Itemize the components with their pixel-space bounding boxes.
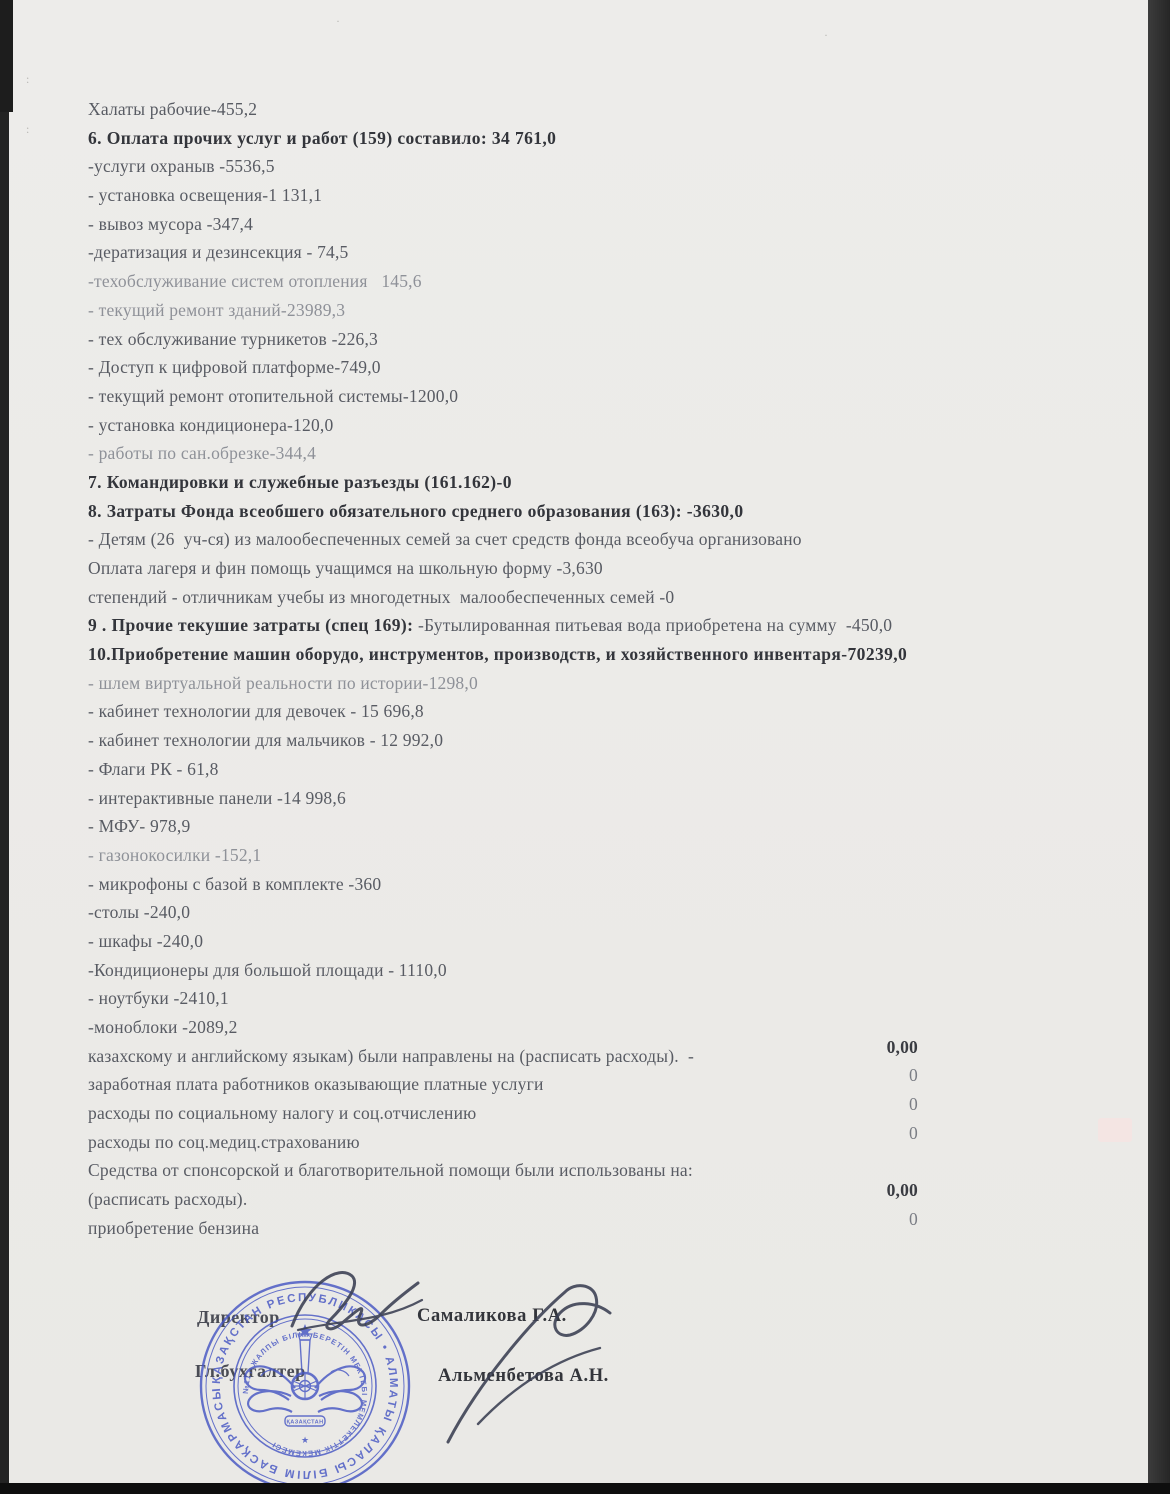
document-line: заработная плата работников оказывающие … — [88, 1074, 918, 1103]
handwritten-signatures — [180, 1262, 650, 1472]
document-line: - Флаги РК - 61,8 — [88, 759, 918, 788]
document-line: - вывоз мусора -347,4 — [88, 214, 918, 243]
line-value: 0 — [909, 1209, 918, 1230]
document-line: 9 . Прочие текушие затраты (спец 169): -… — [88, 615, 918, 644]
document-line: -моноблоки -2089,2 — [88, 1017, 918, 1046]
document-line: - микрофоны с базой в комплекте -360 — [88, 874, 918, 903]
document-line: -столы -240,0 — [88, 902, 918, 931]
document-line: 8. Затраты Фонда всеобшего обязательного… — [88, 501, 918, 530]
scan-edge-left — [0, 0, 9, 1494]
document-line: - Детям (26 уч-ся) из малообеспеченных с… — [88, 529, 918, 558]
document-text-block: Халаты рабочие-455,26. Оплата прочих усл… — [88, 99, 918, 1247]
scan-speck-pink — [1098, 1118, 1132, 1142]
document-line: - установка освещения-1 131,1 — [88, 185, 918, 214]
scan-speck: : — [26, 122, 29, 137]
document-line: - интерактивные панели -14 998,6 — [88, 788, 918, 817]
line-bold-text: 10.Приобретение машин оборудо, инструмен… — [88, 644, 907, 664]
line-value: 0 — [909, 1123, 918, 1144]
document-line: - текущий ремонт отопительной системы-12… — [88, 386, 918, 415]
scan-speck: · — [336, 14, 340, 29]
scan-speck: · — [824, 28, 828, 43]
document-line: 10.Приобретение машин оборудо, инструмен… — [88, 644, 918, 673]
document-line: - шлем виртуальной реальности по истории… — [88, 673, 918, 702]
line-value: 0,00 — [887, 1180, 918, 1201]
accountant-signature-flourish-icon — [478, 1348, 600, 1424]
document-line: -техобслуживание систем отопления 145,6 — [88, 271, 918, 300]
document-line: 6. Оплата прочих услуг и работ (159) сос… — [88, 128, 918, 157]
document-line: расходы по соц.медиц.страхованию0 — [88, 1132, 918, 1161]
document-line: казахскому и английскому языкам) были на… — [88, 1046, 918, 1075]
document-line: Средства от спонсорской и благотворитель… — [88, 1160, 918, 1189]
document-line: - установка кондиционера-120,0 — [88, 415, 918, 444]
document-line: (расписать расходы).0,00 — [88, 1189, 918, 1218]
line-value: 0 — [909, 1065, 918, 1086]
scan-edge-left-notch — [0, 0, 13, 112]
document-line: 7. Командировки и служебные разъезды (16… — [88, 472, 918, 501]
document-line: - работы по сан.обрезке-344,4 — [88, 443, 918, 472]
scan-speck: : — [26, 72, 29, 87]
document-line: -услуги охраныв -5536,5 — [88, 156, 918, 185]
line-value: 0 — [909, 1094, 918, 1115]
document-line: - МФУ- 978,9 — [88, 816, 918, 845]
document-line: - кабинет технологии для девочек - 15 69… — [88, 701, 918, 730]
document-line: приобретение бензина0 — [88, 1218, 918, 1247]
document-line: - Доступ к цифровой платформе-749,0 — [88, 357, 918, 386]
document-line: - газонокосилки -152,1 — [88, 845, 918, 874]
document-line: - ноутбуки -2410,1 — [88, 988, 918, 1017]
line-value: 0,00 — [887, 1037, 918, 1058]
document-line: -дератизация и дезинсекция - 74,5 — [88, 242, 918, 271]
line-bold-text: 6. Оплата прочих услуг и работ (159) сос… — [88, 128, 556, 148]
document-line: Халаты рабочие-455,2 — [88, 99, 918, 128]
scan-edge-right — [1148, 0, 1170, 1494]
document-line: - тех обслуживание турникетов -226,3 — [88, 329, 918, 358]
line-bold-text: 9 . Прочие текушие затраты (спец 169): — [88, 615, 413, 635]
line-bold-text: 7. Командировки и служебные разъезды (16… — [88, 472, 512, 492]
document-line: расходы по социальному налогу и соц.отчи… — [88, 1103, 918, 1132]
scanned-document-page: : : · · Халаты рабочие-455,26. Оплата пр… — [0, 0, 1170, 1494]
document-line: Оплата лагеря и фин помощь учащимся на ш… — [88, 558, 918, 587]
document-line: -Кондиционеры для большой площади - 1110… — [88, 960, 918, 989]
document-line: - кабинет технологии для мальчиков - 12 … — [88, 730, 918, 759]
line-bold-text: 8. Затраты Фонда всеобшего обязательного… — [88, 501, 743, 521]
document-line: степендий - отличникам учебы из многодет… — [88, 587, 918, 616]
accountant-signature-icon — [448, 1286, 610, 1442]
document-line: - шкафы -240,0 — [88, 931, 918, 960]
scan-edge-bottom — [0, 1483, 1170, 1494]
document-line: - текущий ремонт зданий-23989,3 — [88, 300, 918, 329]
